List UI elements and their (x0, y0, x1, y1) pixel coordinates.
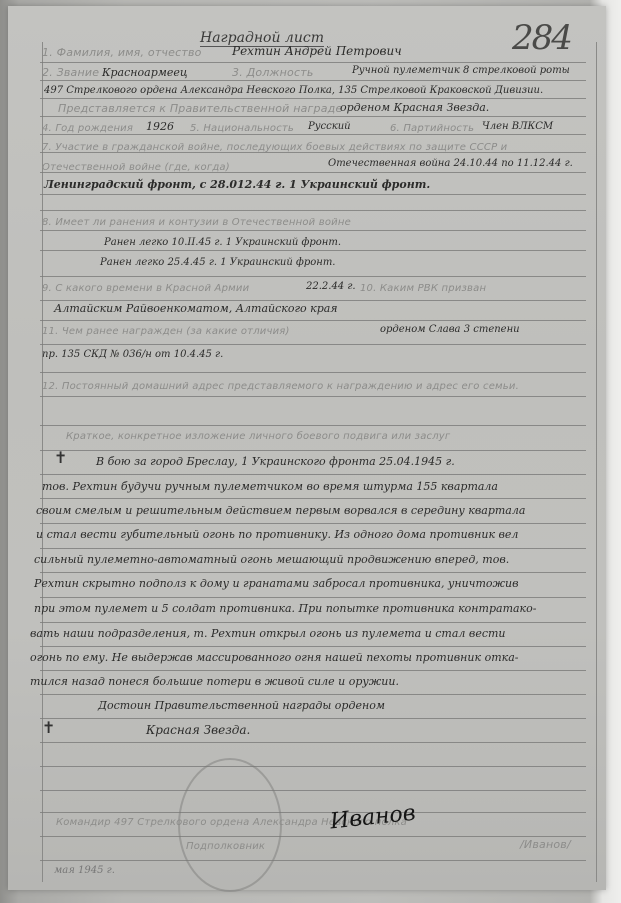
field-11-label: 11. Чем ранее награжден (за какие отличи… (42, 325, 290, 339)
field-9-label: 9. С какого времени в Красной Армии (42, 282, 249, 296)
narrative-line-2: тов. Рехтин будучи ручным пулеметчиком в… (42, 480, 498, 494)
field-10-value: Алтайским Райвоенкоматом, Алтайского кра… (54, 302, 338, 316)
rule (40, 718, 586, 719)
field-1-value: Рехтин Андрей Петрович (232, 44, 402, 58)
field-8-wound-1: Ранен легко 10.II.45 г. 1 Украинский фро… (104, 236, 341, 250)
field-12-label: 12. Постоянный домашний адрес представля… (42, 376, 582, 398)
field-6-value: Член ВЛКСМ (482, 120, 553, 134)
rule (40, 646, 586, 647)
rule (40, 474, 586, 475)
rule (40, 622, 586, 623)
rule (40, 372, 586, 373)
narrative-line-5: сильный пулеметно-автоматный огонь мешаю… (34, 553, 509, 567)
rule (40, 766, 586, 767)
commander-rank: Подполковник (186, 840, 265, 854)
narrative-line-10: тился назад понеся большие потери в живо… (30, 675, 399, 689)
narrative-line-1: В бою за город Бреслау, 1 Украинского фр… (96, 455, 455, 469)
rule (40, 80, 586, 81)
rule (40, 450, 586, 451)
field-2-value: Красноармеец (102, 66, 188, 80)
narrative-line-9: огонь по ему. Не выдержав массированного… (30, 651, 518, 665)
field-5-label: 5. Национальность (190, 122, 294, 136)
rule (40, 836, 586, 837)
field-3-value-cont: 497 Стрелкового ордена Александра Невско… (44, 84, 543, 98)
field-10-label: 10. Каким РВК призван (360, 282, 486, 296)
cross-mark-icon: ✝ (54, 448, 67, 467)
rule (40, 742, 586, 743)
field-11-value: орденом Слава 3 степени (380, 323, 520, 337)
narrative-heading: Краткое, конкретное изложение личного бо… (66, 430, 450, 444)
nomination-value: орденом Красная Звезда. (340, 101, 489, 115)
narrative-line-4: и стал вести губительный огонь по против… (36, 528, 518, 542)
signature-date: мая 1945 г. (54, 864, 115, 878)
field-6-label: 6. Партийность (390, 122, 474, 136)
rule (40, 694, 586, 695)
rule (40, 230, 586, 231)
narrative-line-6: Рехтин скрытно подполз к дому и гранатам… (34, 577, 519, 591)
rule (40, 210, 586, 211)
rule (40, 597, 586, 598)
rule (40, 116, 586, 117)
field-3-value: Ручной пулеметчик 8 стрелковой роты (352, 64, 570, 78)
field-3-label: 3. Должность (232, 66, 314, 80)
rule (40, 320, 586, 321)
cross-mark-icon: ✝ (42, 718, 55, 737)
rule (40, 425, 586, 426)
field-4-label: 4. Год рождения (42, 122, 133, 136)
commander-name: /Иванов/ (520, 838, 571, 852)
field-8-label: 8. Имеет ли ранения и контузии в Отечест… (42, 216, 351, 230)
field-11-value-cont: пр. 135 СКД № 036/н от 10.4.45 г. (42, 348, 223, 362)
rule (40, 548, 586, 549)
rule (40, 790, 586, 791)
field-1-label: 1. Фамилия, имя, отчество (42, 46, 202, 60)
field-7-value: Отечественная война 24.10.44 по 11.12.44… (328, 157, 573, 171)
nomination-label: Представляется к Правительственной награ… (58, 102, 342, 116)
rule (40, 250, 586, 251)
field-8-wound-2: Ранен легко 25.4.45 г. 1 Украинский фрон… (100, 256, 336, 270)
rule (40, 344, 586, 345)
rule (40, 498, 586, 499)
rule (40, 62, 586, 63)
narrative-line-3: своим смелым и решительным действием пер… (36, 504, 525, 518)
narrative-line-8: вать наши подразделения, т. Рехтин откры… (30, 627, 506, 641)
field-9-value: 22.2.44 г. (306, 280, 356, 294)
narrative-line-7: при этом пулемет и 5 солдат противника. … (34, 602, 536, 616)
narrative-conclusion-2: Красная Звезда. (146, 723, 250, 737)
field-5-value: Русский (308, 120, 351, 134)
archive-number: 284 (512, 18, 571, 58)
rule (40, 276, 586, 277)
field-7-value-cont: Ленинградский фронт, с 28.012.44 г. 1 Ук… (44, 178, 430, 192)
rule (40, 300, 586, 301)
rule (40, 194, 586, 195)
rule (40, 98, 586, 99)
rule (40, 812, 586, 813)
field-2-label: 2. Звание (42, 66, 99, 80)
rule (40, 860, 586, 861)
field-4-value: 1926 (146, 120, 174, 134)
rule (40, 670, 586, 671)
narrative-conclusion-1: Достоин Правительственной награды ордено… (98, 699, 385, 713)
rule (40, 523, 586, 524)
rule (40, 572, 586, 573)
